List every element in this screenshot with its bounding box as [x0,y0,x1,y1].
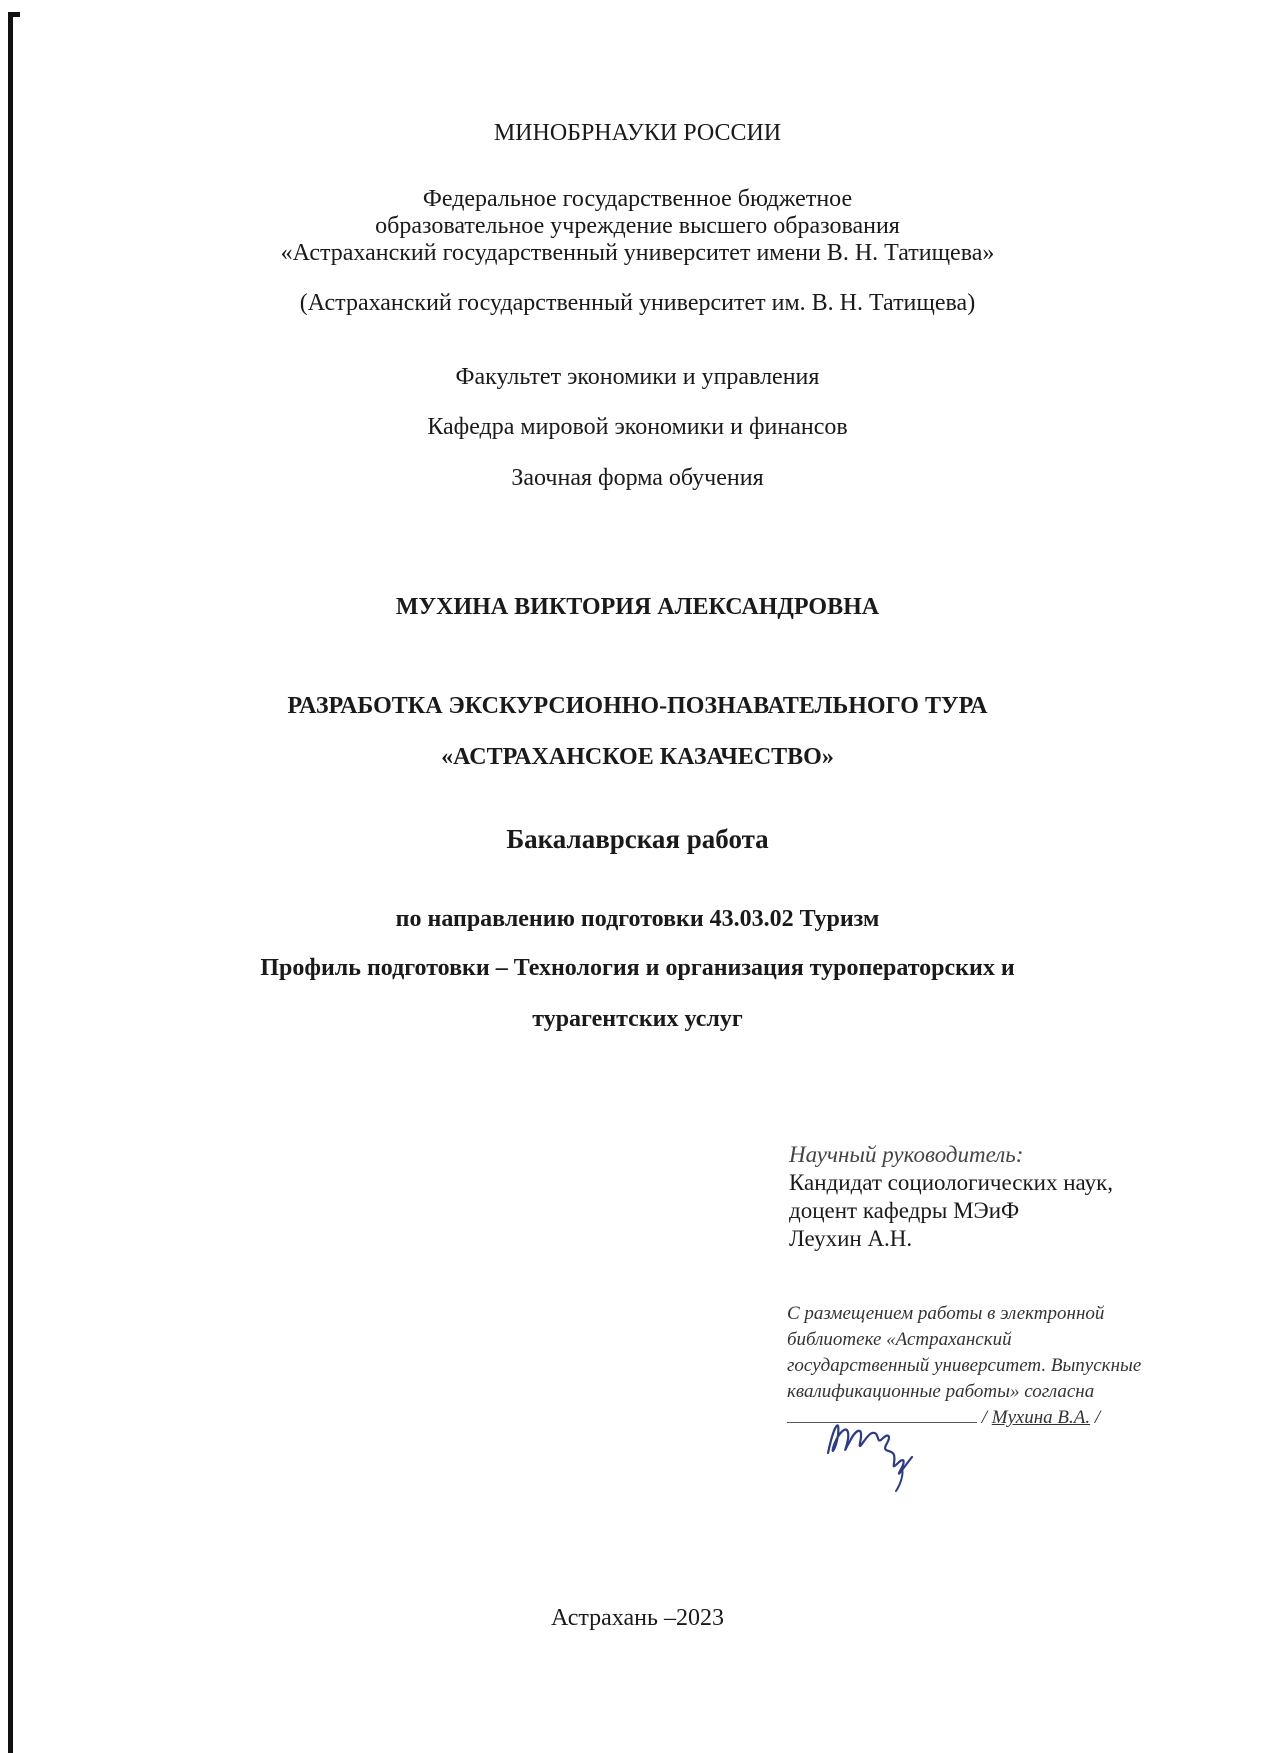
study-form: Заочная форма обучения [0,465,1275,492]
signer-name: Мухина В.А. [992,1407,1090,1428]
consent-line: библиотеке «Астраханский [787,1327,1227,1353]
institution-line: образовательное учреждение высшего образ… [0,213,1275,240]
supervisor-degree: Кандидат социологических наук, [789,1169,1113,1197]
training-direction: по направлению подготовки 43.03.02 Туриз… [0,906,1275,933]
city-year: Астрахань –2023 [0,1605,1275,1632]
thesis-title-line-1: РАЗРАБОТКА ЭКСКУРСИОННО-ПОЗНАВАТЕЛЬНОГО … [0,693,1275,720]
scan-border [8,12,13,1753]
faculty: Факультет экономики и управления [0,364,1275,391]
training-profile-line-1: Профиль подготовки – Технология и органи… [0,955,1275,982]
consent-line: С размещением работы в электронной [787,1301,1227,1327]
supervisor-label: Научный руководитель: [789,1141,1113,1169]
supervisor-position: доцент кафедры МЭиФ [789,1197,1113,1225]
institution-line: «Астраханский государственный университе… [0,240,1275,267]
handwritten-signature [820,1405,940,1495]
slash: / [1095,1407,1100,1428]
department: Кафедра мировой экономики и финансов [0,414,1275,441]
work-type: Бакалаврская работа [0,824,1275,855]
consent-line: квалификационные работы» согласна [787,1379,1227,1405]
training-profile-line-2: турагентских услуг [0,1006,1275,1033]
institution-line: Федеральное государственное бюджетное [0,186,1275,213]
slash: / [982,1407,987,1428]
thesis-title-line-2: «АСТРАХАНСКОЕ КАЗАЧЕСТВО» [0,744,1275,771]
supervisor-block: Научный руководитель: Кандидат социологи… [789,1141,1113,1253]
consent-line: государственный университет. Выпускные [787,1353,1227,1379]
institution-short-name: (Астраханский государственный университе… [0,290,1275,317]
supervisor-name: Леухин А.Н. [789,1225,1113,1253]
ministry-name: МИНОБРНАУКИ РОССИИ [0,120,1275,147]
institution-full-name: Федеральное государственное бюджетное об… [0,186,1275,267]
author-name: МУХИНА ВИКТОРИЯ АЛЕКСАНДРОВНА [0,594,1275,621]
